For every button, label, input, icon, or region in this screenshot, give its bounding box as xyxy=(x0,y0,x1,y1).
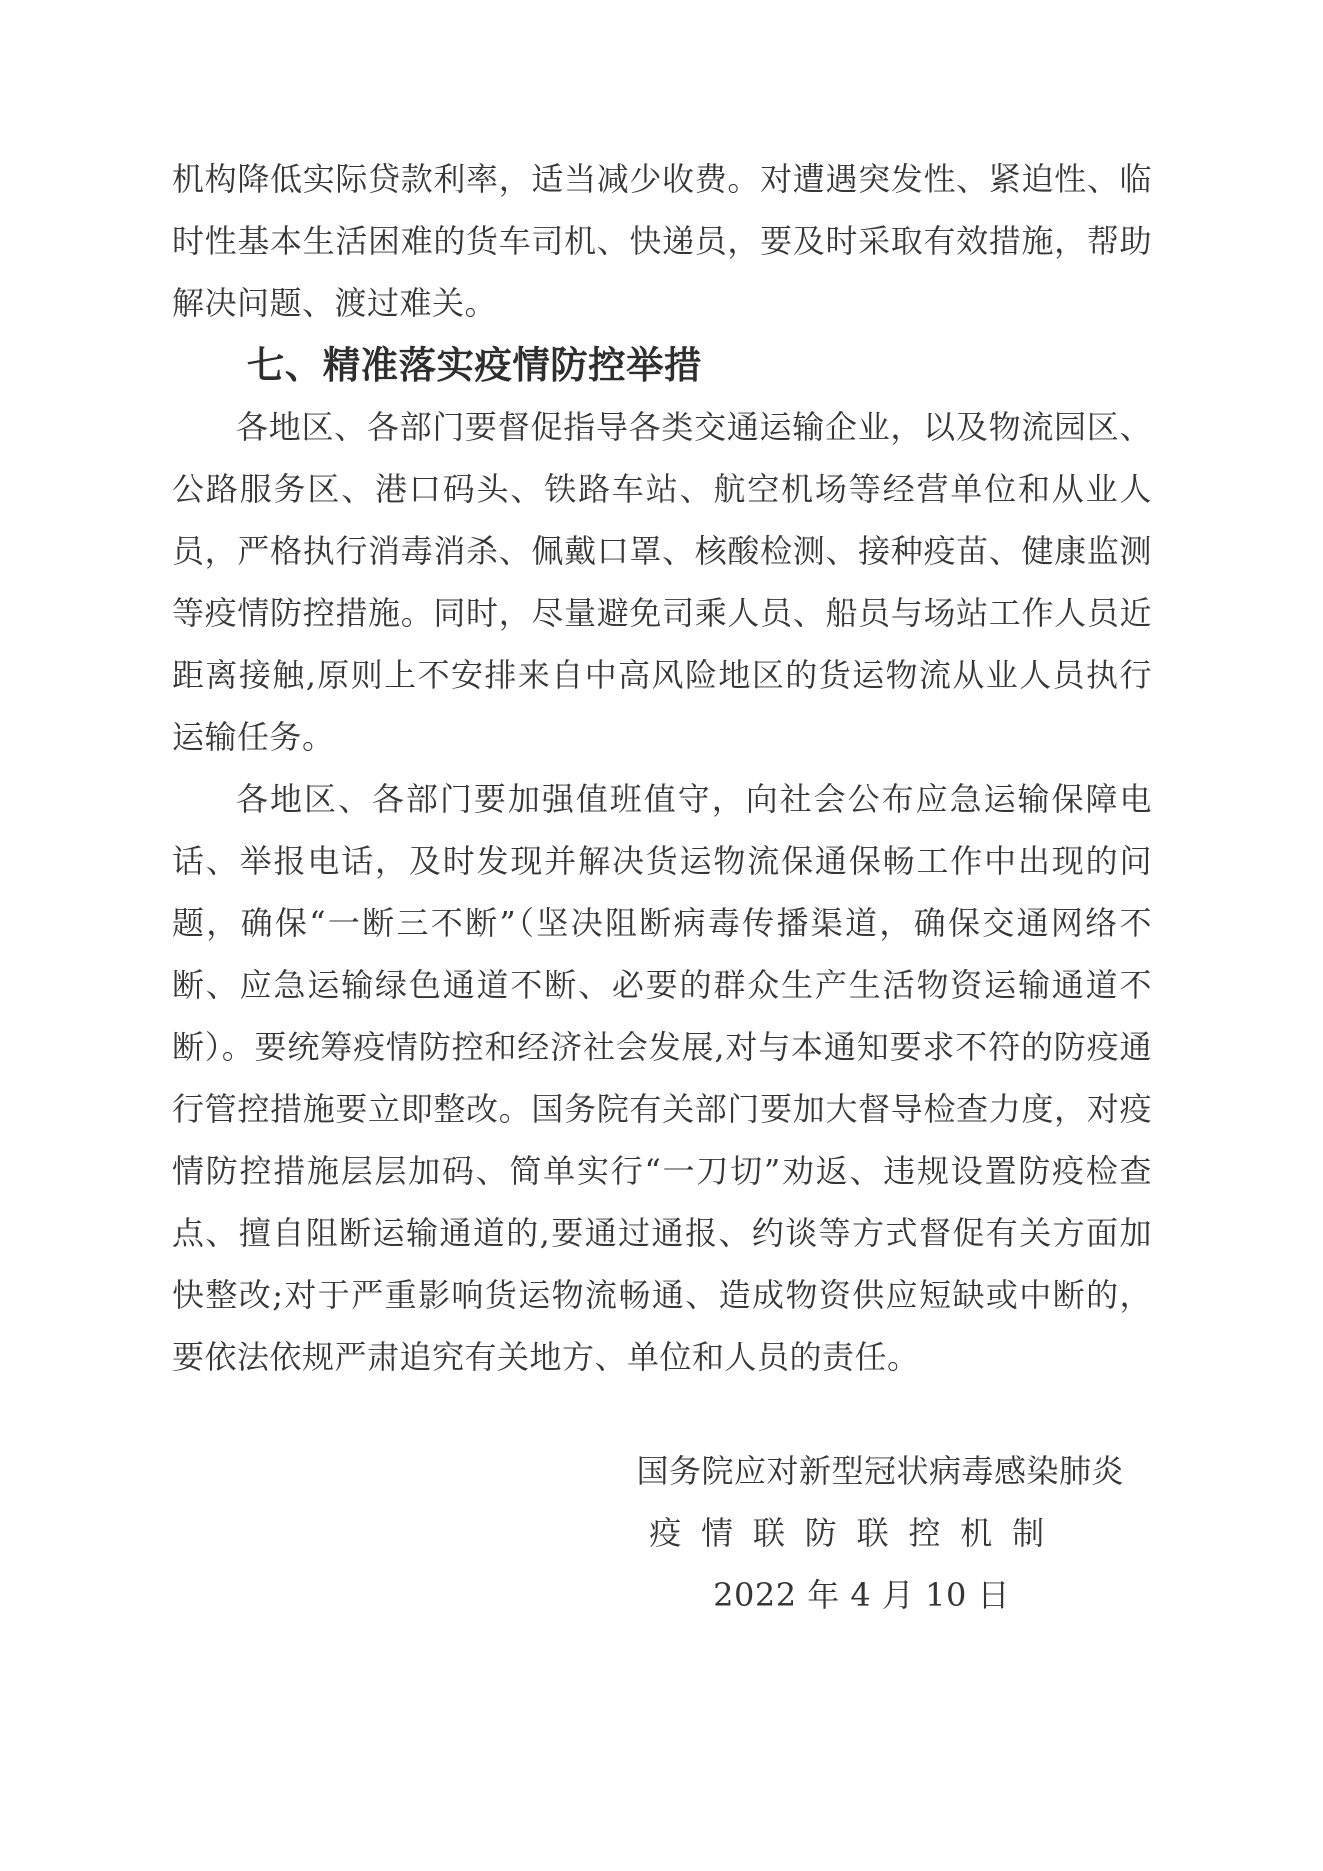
document-page: 机构降低实际贷款利率，适当减少收费。对遭遇突发性、紧迫性、临时性基本生活困难的货… xyxy=(0,0,1323,1871)
signature-org-line-2: 疫情联防联控机制 xyxy=(172,1502,1152,1564)
signature-org-line-1: 国务院应对新型冠状病毒感染肺炎 xyxy=(172,1440,1152,1502)
section-heading-seven: 七、精准落实疫情防控举措 xyxy=(172,334,1152,396)
paragraph-continuation: 机构降低实际贷款利率，适当减少收费。对遭遇突发性、紧迫性、临时性基本生活困难的货… xyxy=(172,148,1152,334)
paragraph-duty-and-accountability: 各地区、各部门要加强值班值守，向社会公布应急运输保障电话、举报电话，及时发现并解… xyxy=(172,768,1152,1388)
signature-block: 国务院应对新型冠状病毒感染肺炎 疫情联防联控机制 2022 年 4 月 10 日 xyxy=(172,1440,1152,1626)
document-body: 机构降低实际贷款利率，适当减少收费。对遭遇突发性、紧迫性、临时性基本生活困难的货… xyxy=(172,148,1152,1626)
paragraph-epidemic-control: 各地区、各部门要督促指导各类交通运输企业，以及物流园区、公路服务区、港口码头、铁… xyxy=(172,396,1152,768)
signature-date: 2022 年 4 月 10 日 xyxy=(172,1564,1152,1626)
